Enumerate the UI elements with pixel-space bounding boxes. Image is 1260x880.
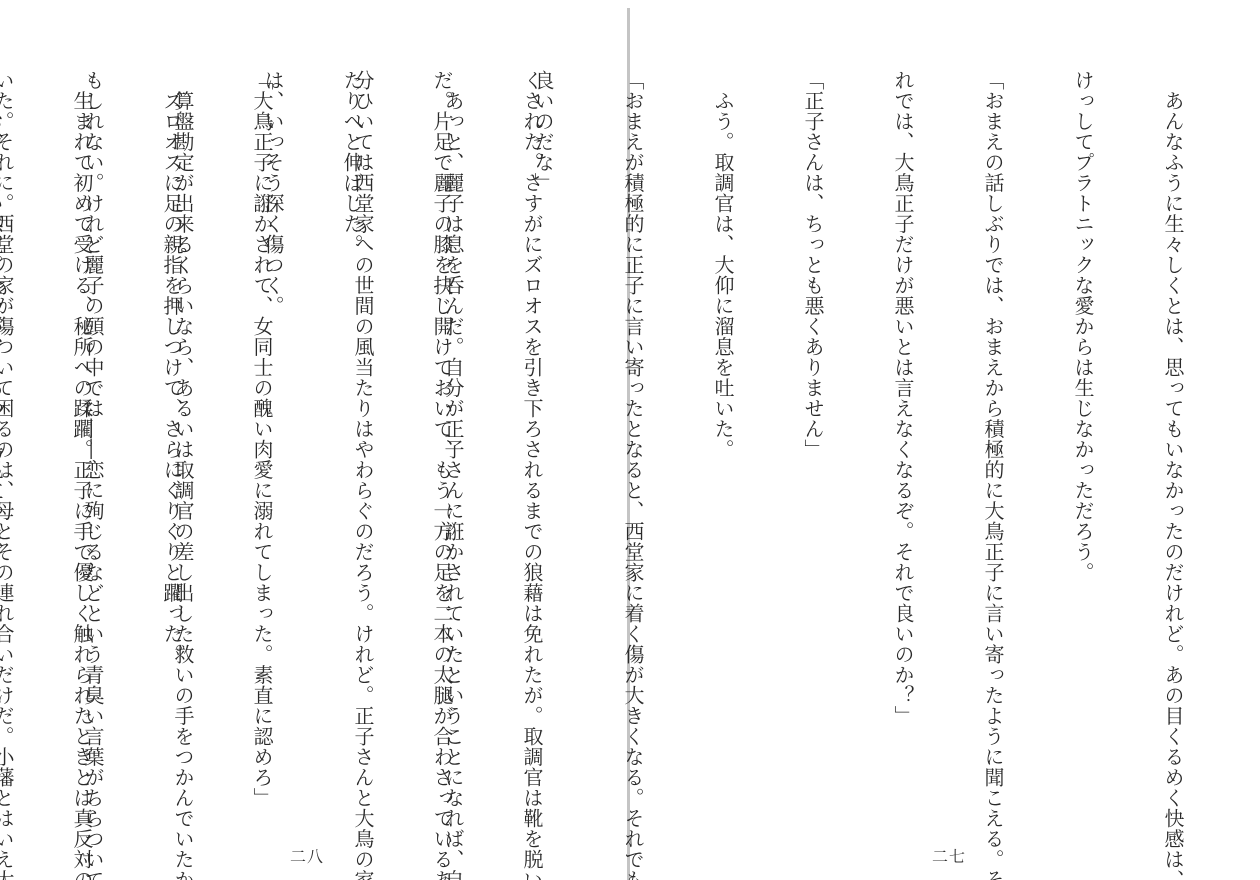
text-line: れでは、大鳥正子だけが悪いとは言えなくなるぞ。それで良いのか？」 <box>888 70 918 760</box>
text-line: ふう。取調官は、大仰に溜息を吐いた。 <box>708 70 738 760</box>
text-line: 分ひいては西堂家への世間の風当たりはやわらぐのだろう。けれど。正子さんと大鳥の家 <box>348 70 378 760</box>
page-number-right: 二七 <box>932 844 966 867</box>
text-line: 「おまえの話しぶりでは、おまえから積極的に大鳥正子に言い寄ったように聞こえる。そ <box>978 70 1008 760</box>
text-line: けっしてプラトニックな愛からは生じなかっただろう。 <box>1068 70 1098 760</box>
right-page: あんなふうに生々しくとは、思ってもいなかったのだけれど。あの目くるめく快感は、 … <box>630 0 1260 880</box>
text-line: 「正子さんは、ちっとも悪くありません」 <box>798 70 828 760</box>
text-line: 「おまえが積極的に正子に言い寄ったとなると、西堂家に着く傷が大きくなる。それでも <box>618 70 648 760</box>
text-line: 算盤勘定が出来るくらいなら、あるいは取調官の差し出した救いの手をつかんでいたか <box>168 70 198 760</box>
text-line: もしれない。けれど麗子の頭の中では――恋に殉じるなどという青臭い言葉がちらついて <box>78 70 108 760</box>
page-number-left: 二八 <box>290 844 324 867</box>
book-spread: くされた。さすがにズロオスを引き下ろされるまでの狼藉は免れたが。取調官は靴を脱い… <box>0 0 1260 880</box>
right-page-text: あんなふうに生々しくとは、思ってもいなかったのだけれど。あの目くるめく快感は、 … <box>0 70 1248 760</box>
text-line: あんなふうに生々しくとは、思ってもいなかったのだけれど。あの目くるめく快感は、 <box>1158 70 1188 760</box>
text-line: いた。それに。西堂の家が傷ついて困るのは、母とその連れ合いだけだ。小藩とはいえ大 <box>0 70 18 760</box>
text-line: は、いっそう深く傷つく。 <box>258 70 288 760</box>
text-line: 良いのだな」 <box>528 70 558 760</box>
text-line: あっと、麗子は息を呑んだ。自分が正子さんに誑かされていたということになれば、自 <box>438 70 468 760</box>
